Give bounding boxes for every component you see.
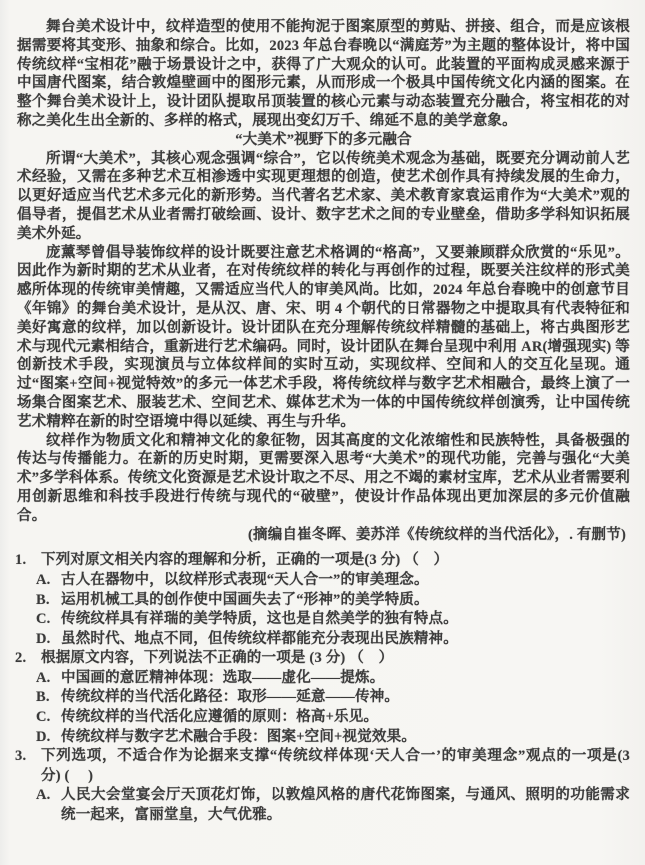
passage-paragraph-2: 所谓“大美术”，其核心观念强调“综合”，它以传统美术观念为基础，既要充分调动前人… [17,150,630,244]
option-label: D. [36,630,61,650]
question-1-option-c: C. 传统纹样具有祥瑞的美学特质，这也是自然美学的独有特点。 [36,610,630,630]
scanned-exam-page: 舞台美术设计中，纹样造型的使用不能拘泥于图案原型的剪贴、拼接、组合，而是应该根据… [0,0,645,865]
option-text: 传统纹样的当代活化路径：取形——延意——传神。 [61,688,630,708]
question-1-option-d: D. 虽然时代、地点不同，但传统纹样都能充分表现出民族精神。 [36,630,630,650]
question-1: 1. 下列对原文相关内容的理解和分析，正确的一项是(3 分) （ ） A. 古人… [15,551,630,649]
option-text: 传统纹样具有祥瑞的美学特质，这也是自然美学的独有特点。 [61,610,630,630]
option-text: 运用机械工具的创作使中国画失去了“形神”的美学特质。 [61,591,630,611]
option-label: D. [36,728,61,748]
option-label: A. [36,669,61,689]
question-1-option-b: B. 运用机械工具的创作使中国画失去了“形神”的美学特质。 [36,591,630,611]
option-text: 传统纹样的当代活化应遵循的原则：格高+乐见。 [61,708,630,728]
question-2-option-c: C. 传统纹样的当代活化应遵循的原则：格高+乐见。 [36,708,630,728]
option-text: 人民大会堂宴会厅天顶花灯饰，以敦煌风格的唐代花饰图案，与通风、照明的功能需求统一… [61,786,630,825]
question-2-option-d: D. 传统纹样与数字艺术融合手段：图案+空间+视觉效果。 [36,728,630,748]
question-3: 3. 下列选项，不适合作为论据来支撑“传统纹样体现‘天人合一’的审美理念”观点的… [15,747,630,825]
option-text: 中国画的意匠精神体现：选取——虚化——提炼。 [61,669,630,689]
question-2-option-b: B. 传统纹样的当代活化路径：取形——延意——传神。 [36,688,630,708]
question-2-stem: 根据原文内容，下列说法不正确的一项是 (3 分) （ ） [41,649,630,669]
question-2-option-a: A. 中国画的意匠精神体现：选取——虚化——提炼。 [36,669,630,689]
question-1-option-a: A. 古人在器物中，以纹样形式表现“天人合一”的审美理念。 [36,571,630,591]
option-text: 传统纹样与数字艺术融合手段：图案+空间+视觉效果。 [61,728,630,748]
question-3-option-a: A. 人民大会堂宴会厅天顶花灯饰，以敦煌风格的唐代花饰图案，与通风、照明的功能需… [36,786,630,825]
passage-paragraph-4: 纹样作为物质文化和精神文化的象征物，因其高度的文化浓缩性和民族特性，具备极强的传… [17,432,630,526]
question-1-number: 1. [15,551,41,571]
question-3-number: 3. [15,747,41,786]
section-heading: “大美术”视野下的多元融合 [17,131,630,150]
document-body: 舞台美术设计中，纹样造型的使用不能拘泥于图案原型的剪贴、拼接、组合，而是应该根据… [17,18,630,826]
question-3-stem: 下列选项，不适合作为论据来支撑“传统纹样体现‘天人合一’的审美理念”观点的一项是… [41,747,630,786]
question-2-number: 2. [15,649,41,669]
option-text: 古人在器物中，以纹样形式表现“天人合一”的审美理念。 [61,571,630,591]
option-label: A. [36,571,61,591]
source-attribution: (摘编自崔冬晖、姜苏洋《传统纹样的当代活化》，. 有删节) [17,526,630,545]
option-label: B. [36,688,61,708]
question-1-stem: 下列对原文相关内容的理解和分析，正确的一项是(3 分) （ ） [41,551,630,571]
passage-paragraph-1: 舞台美术设计中，纹样造型的使用不能拘泥于图案原型的剪贴、拼接、组合，而是应该根据… [17,18,630,131]
passage-paragraph-3: 庞薰琴曾倡导装饰纹样的设计既要注意艺术格调的“格高”，又要兼顾群众欣赏的“乐见”… [17,244,630,432]
option-label: C. [36,708,61,728]
option-text: 虽然时代、地点不同，但传统纹样都能充分表现出民族精神。 [61,630,630,650]
option-label: C. [36,610,61,630]
option-label: A. [36,786,61,825]
option-label: B. [36,591,61,611]
question-2: 2. 根据原文内容，下列说法不正确的一项是 (3 分) （ ） A. 中国画的意… [15,649,630,747]
questions-section: 1. 下列对原文相关内容的理解和分析，正确的一项是(3 分) （ ） A. 古人… [15,551,630,825]
